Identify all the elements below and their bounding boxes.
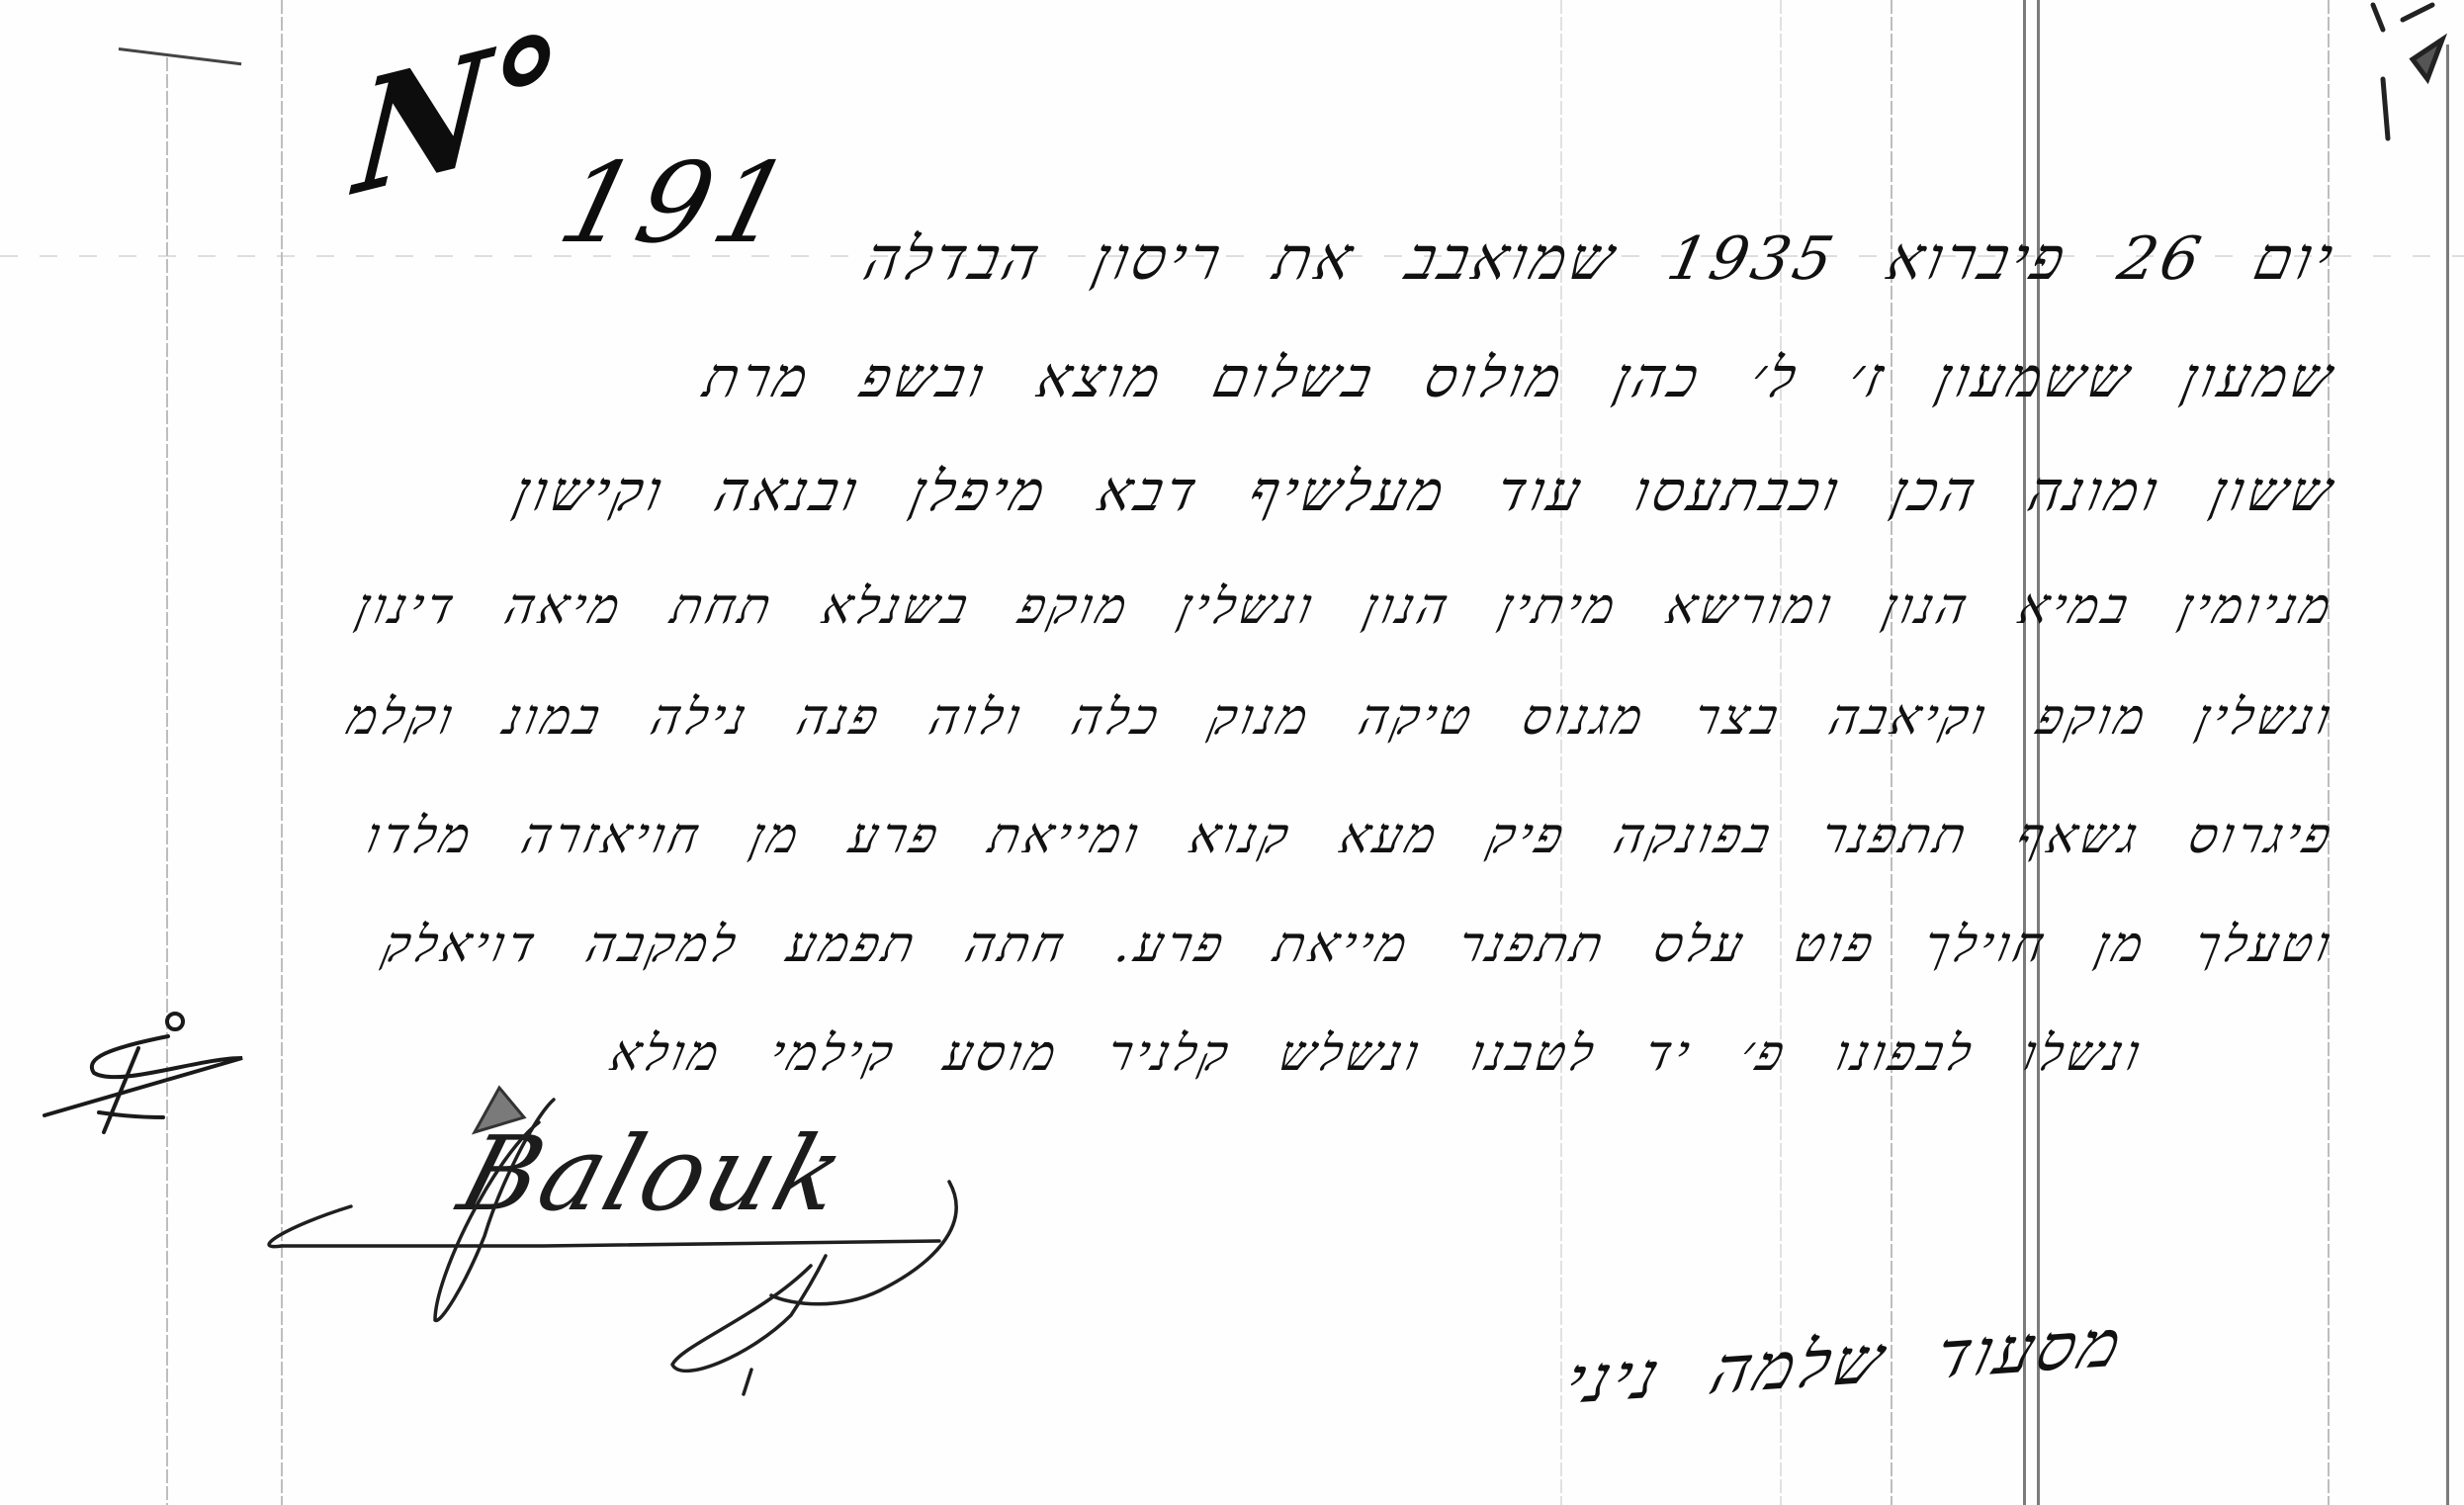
latin-signature: Balouk (450, 1122, 857, 1225)
letter-line-7: וטעלך מן חוילך פוט עלס תתפנר מייאת פרע. … (379, 920, 2338, 969)
margin-rule-left-inner (281, 0, 283, 1505)
margin-rule-left-outer (166, 57, 168, 1505)
margin-t-mark (119, 47, 241, 65)
scanned-letter-page: N° 191 יום 26 פיברוא 1935 שמואבב את ריסו… (0, 0, 2464, 1505)
letter-line-2: שמעון ששמעון ז׳ ל׳ כהן מולוס בשלום מוצא … (699, 351, 2340, 406)
hebrew-signature: מסעוד שלמה ניני (1558, 1311, 2132, 1414)
monogram-flourish-icon (44, 1014, 242, 1132)
letter-line-8: ונשלו לבפונו פ׳ יד לטבנו ונשלש קלניר מוס… (606, 1028, 2149, 1078)
letter-line-6: פיגרוס גשאף תתפנר בפונקה פיק מעא קנוא ומ… (362, 811, 2339, 860)
letter-line-3: ששון ומונה הכן וכבתעסו עוד מעלשיף דבא מי… (509, 465, 2340, 520)
document-number: 191 (550, 148, 807, 259)
letter-line-5: ונשלין מוקפ וקיאבה בצר מגנוס טיקה מנוק כ… (343, 692, 2338, 742)
letter-line-4: מניומין במיא הנון ומורשא מיתין הנון ונשל… (352, 581, 2339, 631)
document-number-prefix: N° (351, 11, 566, 218)
corner-ink-mark-icon (2373, 5, 2442, 138)
right-edge-rule (2446, 44, 2449, 1505)
letter-line-1: יום 26 פיברוא 1935 שמואבב את ריסון הבדלה (859, 229, 2341, 289)
